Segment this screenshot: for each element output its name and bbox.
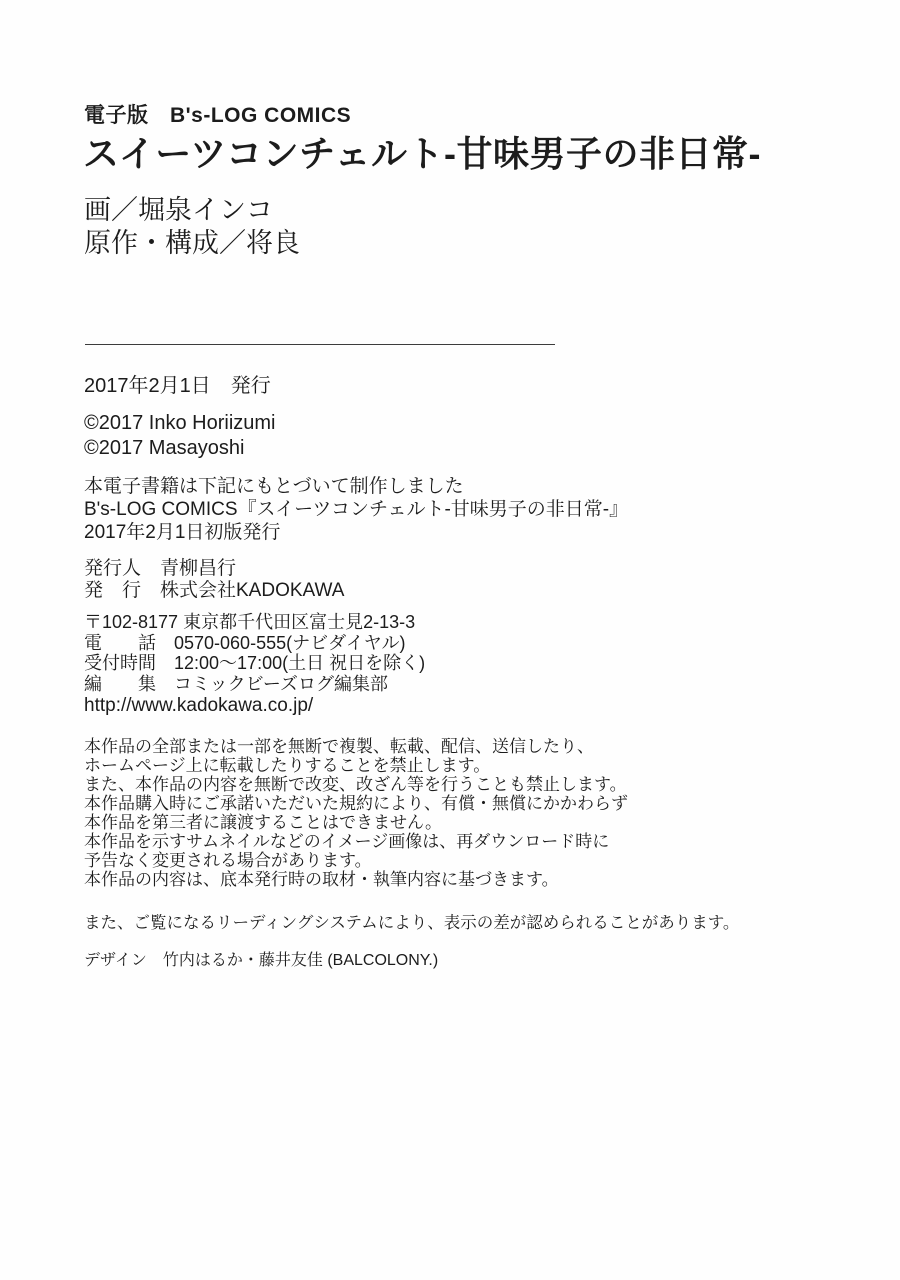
copyright-line-author: ©2017 Masayoshi: [84, 436, 275, 461]
legal-line: 本作品購入時にご承諾いただいた規約により、有償・無償にかかわらず: [84, 794, 628, 813]
legal-line: 予告なく変更される場合があります。: [84, 851, 628, 870]
source-note-line: 本電子書籍は下記にもとづいて制作しました: [84, 475, 628, 498]
source-note-line: B's-LOG COMICS『スイーツコンチェルト-甘味男子の非日常-』: [84, 498, 628, 521]
issue-date: 2017年2月1日 発行: [84, 369, 271, 398]
publisher-website-url: http://www.kadokawa.co.jp/: [84, 695, 313, 717]
copyright-block: ©2017 Inko Horiizumi ©2017 Masayoshi: [84, 411, 275, 461]
source-edition-note: 本電子書籍は下記にもとづいて制作しました B's-LOG COMICS『スイーツ…: [84, 475, 628, 544]
creator-credits: 画／堀泉インコ 原作・構成／将良: [84, 194, 300, 260]
phone-line: 電 話 0570-060-555(ナビダイヤル): [84, 633, 425, 654]
colophon-page: 電子版 B's-LOG COMICS スイーツコンチェルト-甘味男子の非日常- …: [0, 0, 900, 1280]
publisher-block: 発行人 青柳昌行 発 行 株式会社KADOKAWA: [84, 558, 344, 602]
legal-notice-block: 本作品の全部または一部を無断で複製、転載、配信、送信したり、 ホームページ上に転…: [84, 737, 628, 889]
book-title: スイーツコンチェルト-甘味男子の非日常-: [83, 126, 761, 177]
legal-line: ホームページ上に転載したりすることを禁止します。: [84, 756, 628, 775]
design-credit: デザイン 竹内はるか・藤井友佳 (BALCOLONY.): [84, 947, 438, 970]
hours-line: 受付時間 12:00〜17:00(土日 祝日を除く): [84, 653, 425, 674]
publisher-company-line: 発 行 株式会社KADOKAWA: [84, 580, 344, 602]
reading-system-note: また、ご覧になるリーディングシステムにより、表示の差が認められることがあります。: [84, 909, 739, 933]
editorial-line: 編 集 コミックビーズログ編集部: [84, 674, 425, 695]
copyright-line-artist: ©2017 Inko Horiizumi: [84, 411, 275, 436]
address-line: 〒102-8177 東京都千代田区富士見2-13-3: [84, 612, 425, 633]
legal-line: 本作品を示すサムネイルなどのイメージ画像は、再ダウンロード時に: [84, 832, 628, 851]
artist-credit: 画／堀泉インコ: [84, 194, 300, 227]
contact-block: 〒102-8177 東京都千代田区富士見2-13-3 電 話 0570-060-…: [84, 612, 425, 694]
divider-line: [85, 344, 555, 345]
legal-line: また、本作品の内容を無断で改変、改ざん等を行うことも禁止します。: [84, 775, 628, 794]
legal-line: 本作品の内容は、底本発行時の取材・執筆内容に基づきます。: [84, 870, 628, 889]
source-note-line: 2017年2月1日初版発行: [84, 521, 628, 544]
edition-imprint-label: 電子版 B's-LOG COMICS: [84, 99, 351, 129]
legal-line: 本作品を第三者に譲渡することはできません。: [84, 813, 628, 832]
publisher-person-line: 発行人 青柳昌行: [84, 558, 344, 580]
legal-line: 本作品の全部または一部を無断で複製、転載、配信、送信したり、: [84, 737, 628, 756]
original-story-credit: 原作・構成／将良: [84, 227, 300, 260]
